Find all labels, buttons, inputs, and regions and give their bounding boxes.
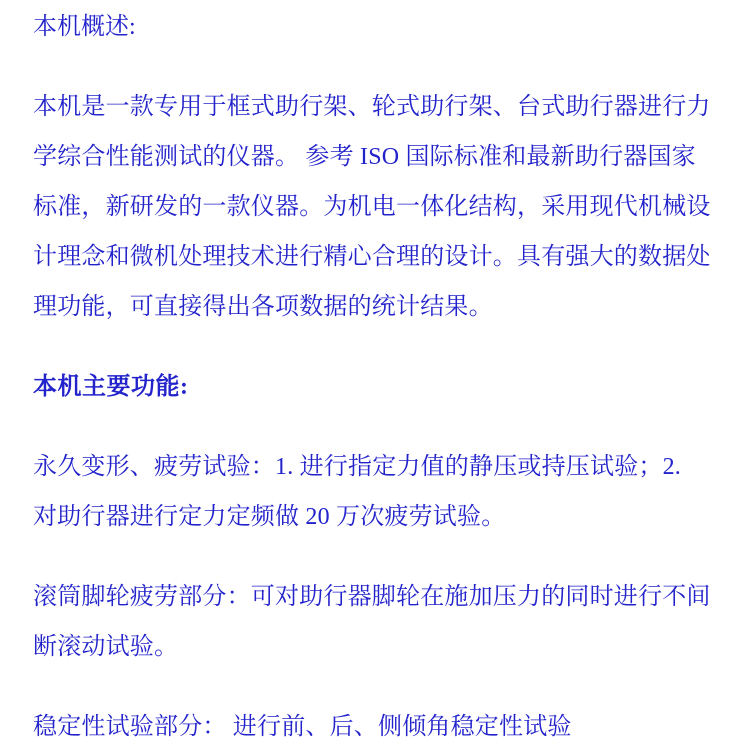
overview-heading: 本机概述: — [33, 2, 714, 52]
stability-test-paragraph: 稳定性试验部分： 进行前、后、侧倾角稳定性试验 — [33, 702, 714, 750]
main-functions-heading: 本机主要功能: — [33, 362, 714, 412]
overview-paragraph: 本机是一款专用于框式助行架、轮式助行架、台式助行器进行力 学综合性能测试的仪器。… — [33, 82, 714, 332]
fatigue-test-paragraph: 永久变形、疲劳试验：1. 进行指定力值的静压或持压试验；2. 对助行器进行定力定… — [33, 442, 714, 542]
caster-fatigue-paragraph: 滚筒脚轮疲劳部分：可对助行器脚轮在施加压力的同时进行不间 断滚动试验。 — [33, 572, 714, 672]
document-page: 本机概述: 本机是一款专用于框式助行架、轮式助行架、台式助行器进行力 学综合性能… — [0, 0, 750, 750]
